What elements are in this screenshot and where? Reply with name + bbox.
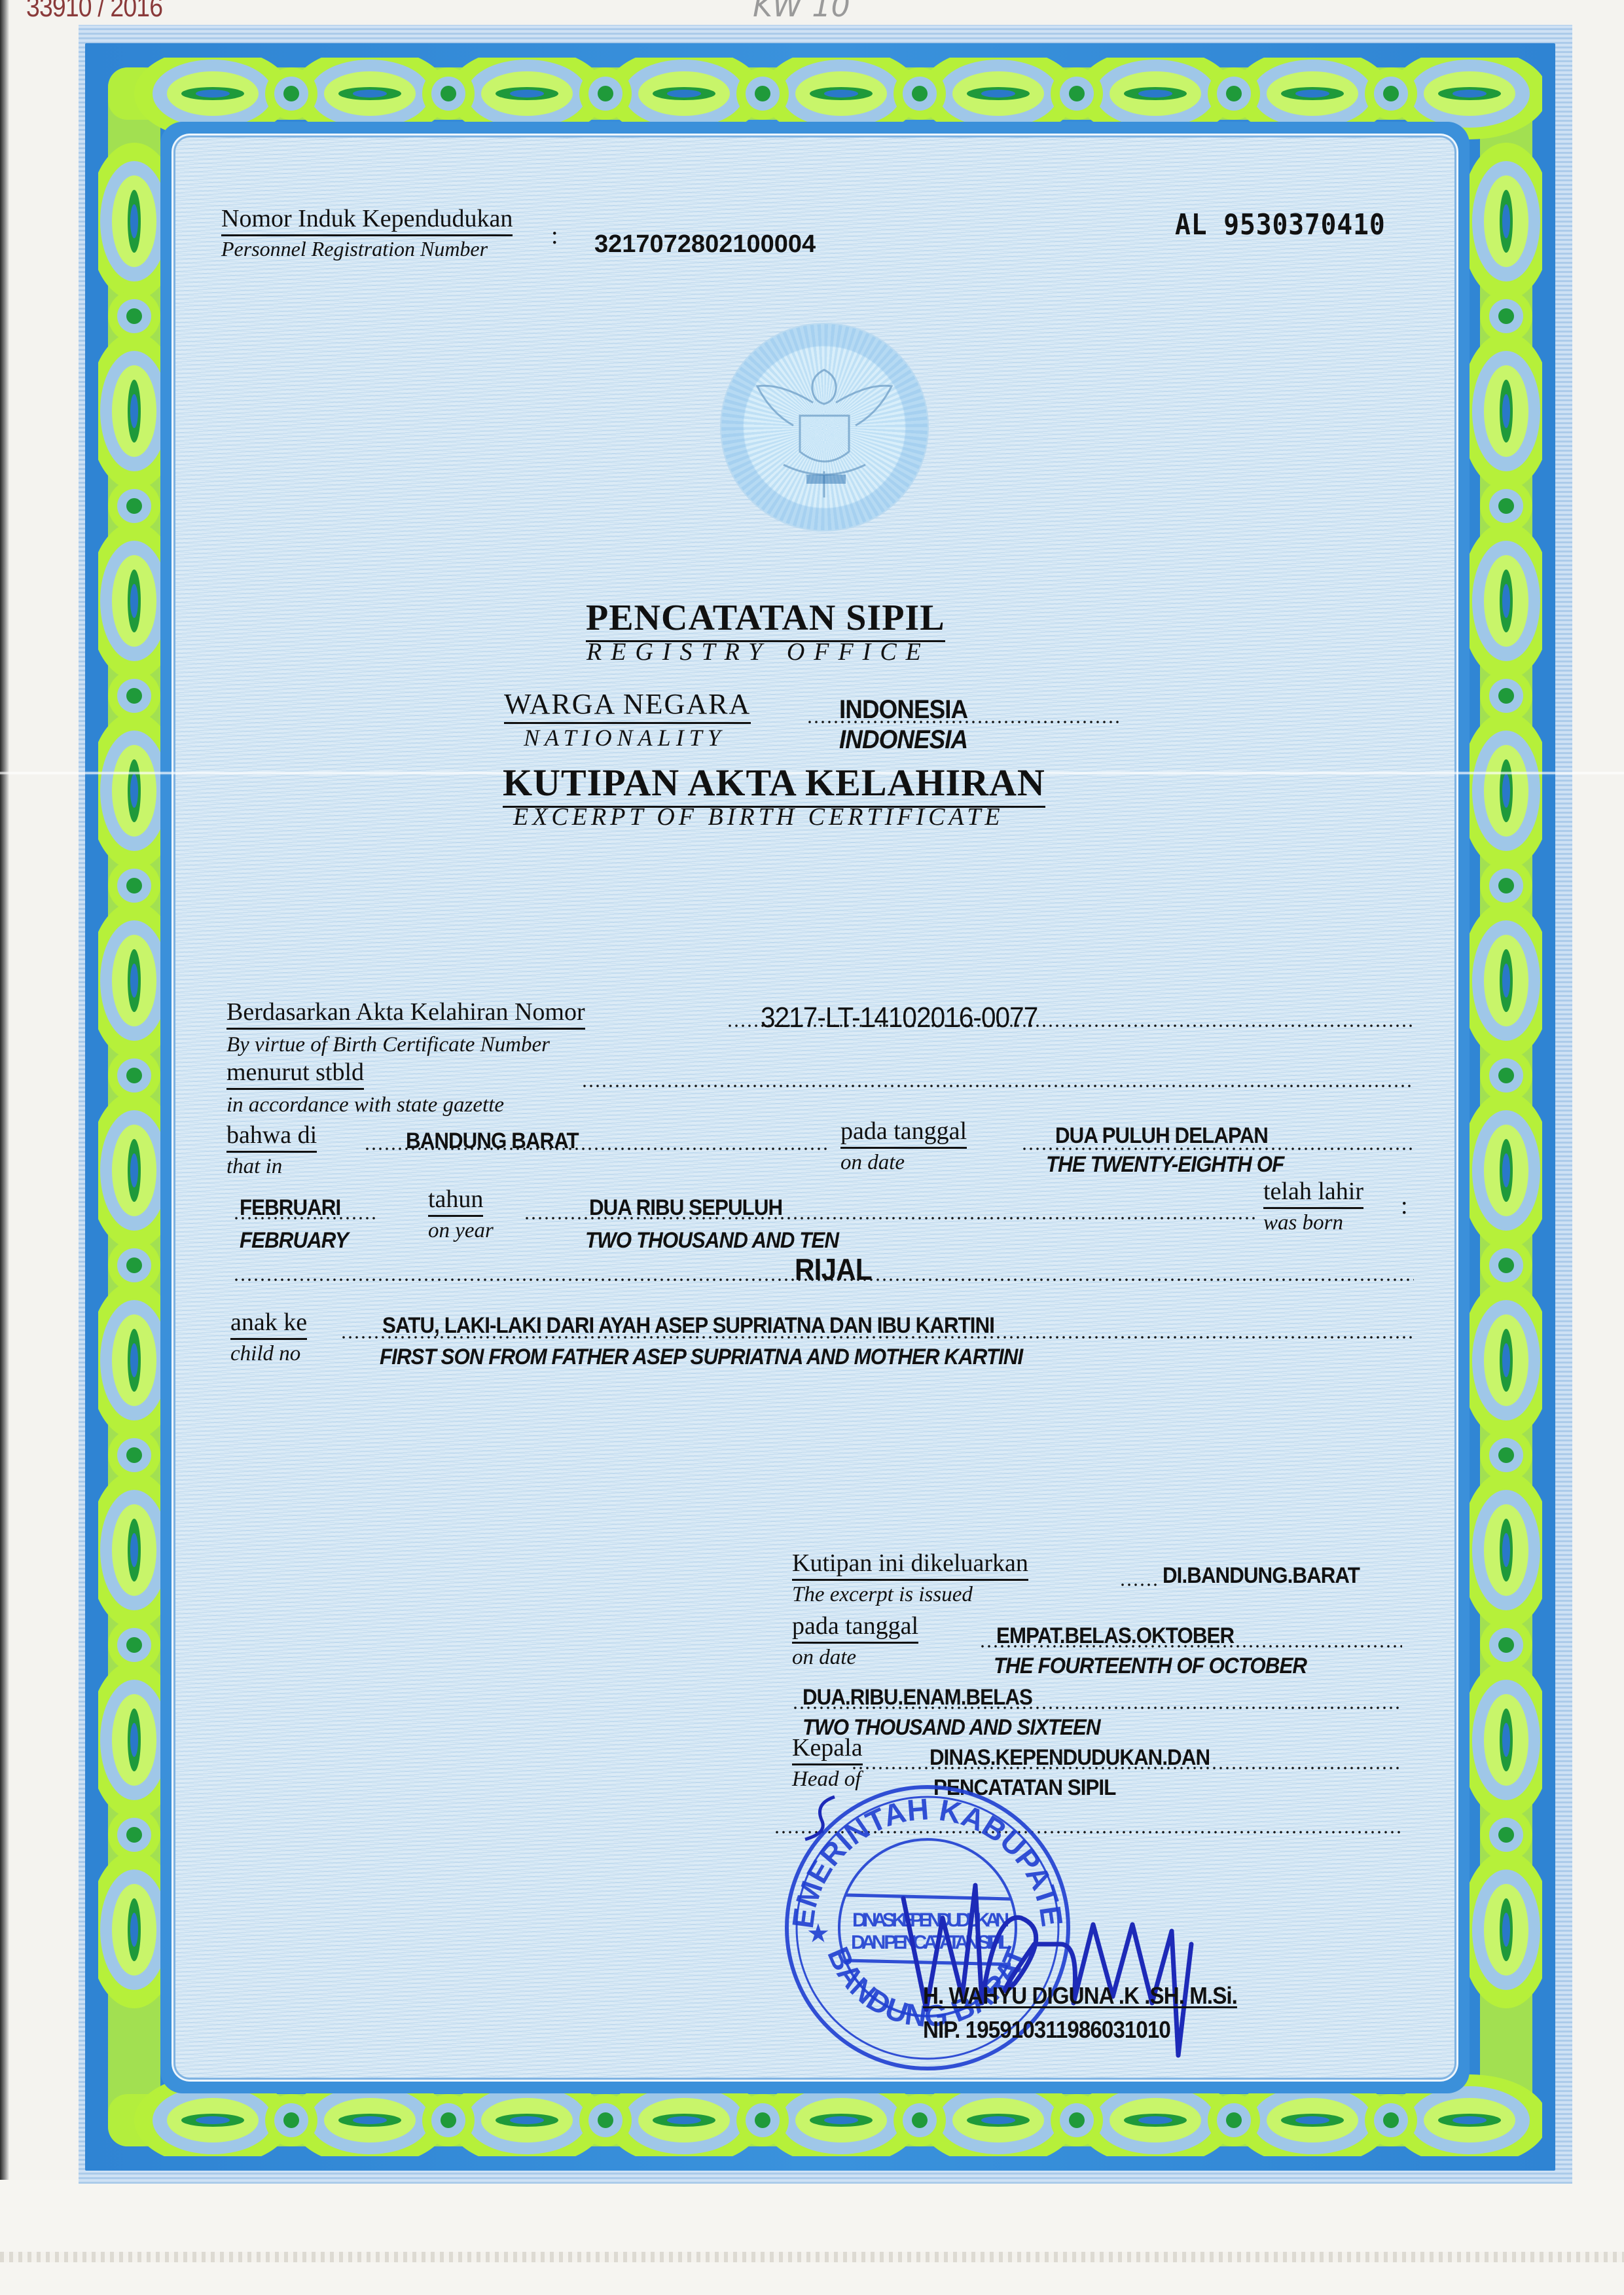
birth-year-value-en: TWO THOUSAND AND TEN bbox=[585, 1228, 839, 1254]
birth-year-label-id: tahun bbox=[428, 1185, 483, 1217]
issued-year-value-id: DUA.RIBU.ENAM.BELAS bbox=[803, 1685, 1032, 1710]
child-order-label-id: anak ke bbox=[230, 1308, 307, 1340]
office-title-en: REGISTRY OFFICE bbox=[586, 638, 930, 666]
issued-date-value-id: EMPAT.BELAS.OKTOBER bbox=[996, 1623, 1234, 1649]
nik-value: 3217072802100004 bbox=[594, 230, 816, 259]
gazette-label-id: menurut stbld bbox=[226, 1058, 364, 1090]
perforation-edge bbox=[0, 2252, 1624, 2262]
nik-label-id: Nomor Induk Kependudukan bbox=[221, 204, 513, 236]
birth-year-label-en: on year bbox=[428, 1219, 494, 1243]
born-separator: : bbox=[1401, 1191, 1408, 1220]
document-title-en: EXCERPT OF BIRTH CERTIFICATE bbox=[513, 803, 1004, 831]
born-label-id: telah lahir bbox=[1263, 1177, 1363, 1209]
cert-number-label-en: By virtue of Birth Certificate Number bbox=[226, 1033, 550, 1057]
handwritten-note: KW 10 bbox=[753, 0, 850, 24]
gazette-label-en: in accordance with state gazette bbox=[226, 1093, 504, 1117]
nationality-value-en: INDONESIA bbox=[839, 725, 967, 755]
birth-date-value-en: THE TWENTY-EIGHTH OF bbox=[1046, 1152, 1284, 1178]
nik-label-en: Personnel Registration Number bbox=[221, 237, 488, 261]
issued-date-label-en: on date bbox=[792, 1646, 856, 1670]
issued-at-label-en: The excerpt is issued bbox=[792, 1583, 973, 1607]
signatory-name: H. WAHYU DIGUNA .K .SH. M.Si. bbox=[923, 1982, 1237, 2010]
nationality-value-id: INDONESIA bbox=[839, 695, 967, 725]
born-label-en: was born bbox=[1263, 1211, 1343, 1235]
cert-number-label-id: Berdasarkan Akta Kelahiran Nomor bbox=[226, 998, 585, 1030]
svg-text:★: ★ bbox=[806, 1919, 830, 1948]
document-title-id: KUTIPAN AKTA KELAHIRAN bbox=[503, 761, 1045, 808]
garuda-hologram-icon bbox=[721, 324, 928, 530]
issued-date-value-en: THE FOURTEENTH OF OCTOBER bbox=[994, 1653, 1307, 1679]
issued-at-label-id: Kutipan ini dikeluarkan bbox=[792, 1549, 1028, 1581]
nationality-label-en: NATIONALITY bbox=[524, 724, 726, 751]
child-order-value-en: FIRST SON FROM FATHER ASEP SUPRIATNA AND… bbox=[380, 1345, 1022, 1370]
head-of-value-line1: DINAS.KEPENDUDUKAN.DAN bbox=[929, 1745, 1210, 1771]
birth-year-value-id: DUA RIBU SEPULUH bbox=[589, 1195, 782, 1221]
nik-separator: : bbox=[551, 221, 558, 250]
archive-stamp-number: 33910 / 2016 bbox=[26, 0, 162, 24]
birth-place-value: BANDUNG BARAT bbox=[406, 1129, 579, 1154]
birth-date-label-id: pada tanggal bbox=[840, 1117, 967, 1149]
stamp-ink-mark bbox=[799, 1790, 851, 1849]
birth-date-value-id: DUA PULUH DELAPAN bbox=[1055, 1123, 1268, 1149]
gazette-dotted-line bbox=[581, 1084, 1414, 1088]
issued-date-label-id: pada tanggal bbox=[792, 1612, 918, 1644]
nationality-label-id: WARGA NEGARA bbox=[504, 687, 751, 724]
birth-date-label-en: on date bbox=[840, 1151, 905, 1175]
child-order-label-en: child no bbox=[230, 1342, 300, 1366]
birth-month-value-en: FEBRUARY bbox=[240, 1228, 348, 1254]
issued-at-value: DI.BANDUNG.BARAT bbox=[1163, 1563, 1360, 1589]
office-title-id: PENCATATAN SIPIL bbox=[586, 597, 945, 642]
paper-margin-bottom bbox=[0, 2180, 1624, 2295]
child-order-value-id: SATU, LAKI-LAKI DARI AYAH ASEP SUPRIATNA… bbox=[382, 1313, 994, 1339]
signatory-nip: NIP. 195910311986031010 bbox=[923, 2016, 1170, 2044]
scan-edge bbox=[0, 0, 9, 2295]
child-name: RIJAL bbox=[795, 1252, 872, 1287]
birth-place-label-id: bahwa di bbox=[226, 1121, 317, 1153]
cert-number-value: 3217-LT-14102016-0077 bbox=[761, 1002, 1038, 1034]
head-of-label-id: Kepala bbox=[792, 1733, 863, 1765]
birth-month-value-id: FEBRUARI bbox=[240, 1195, 340, 1221]
issued-at-dotted-line bbox=[1119, 1583, 1159, 1587]
birth-place-label-en: that in bbox=[226, 1155, 282, 1179]
serial-number: AL 9530370410 bbox=[1175, 208, 1386, 242]
